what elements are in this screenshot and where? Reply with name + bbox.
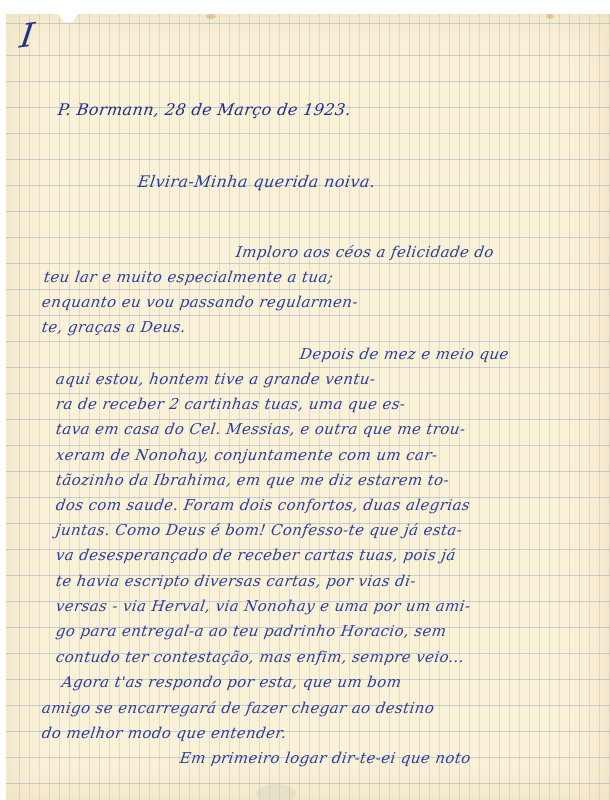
letter-line: amigo se encarregará de fazer chegar ao …: [41, 699, 436, 717]
letter-line: tãozinho da Ibrahima, em que me diz esta…: [55, 471, 451, 489]
letter-line: xeram de Nonohay, conjuntamente com um c…: [55, 446, 439, 464]
letter-line: te, graças a Deus.: [41, 318, 187, 336]
letter-line: go para entregal-a ao teu padrinho Horac…: [55, 622, 448, 640]
letter-line: ra de receber 2 cartinhas tuas, uma que …: [55, 395, 407, 413]
letter-line: dos com saude. Foram dois confortos, dua…: [55, 496, 472, 514]
letter-line: versas - via Herval, via Nonohay e uma p…: [55, 597, 472, 615]
salutation: Elvira-Minha querida noiva.: [137, 172, 377, 191]
letter-line: Em primeiro logar dir-te-ei que noto: [179, 749, 472, 767]
letter-line: aqui estou, hontem tive a grande ventu-: [55, 370, 377, 388]
paper-stain: [206, 14, 216, 19]
letter-line: Agora t'as respondo por esta, que um bom: [61, 673, 403, 691]
place-date-heading: P. Bormann, 28 de Março de 1923.: [57, 100, 353, 119]
letter-line: enquanto eu vou passando regularmen-: [41, 293, 359, 311]
letter-line: tava em casa do Cel. Messias, e outra qu…: [55, 420, 467, 438]
letter-line: Depois de mez e meio que: [299, 345, 510, 363]
letter-line: contudo ter contestação, mas enfim, semp…: [55, 648, 466, 666]
letter-line: teu lar e muito especialmente a tua;: [43, 268, 335, 286]
letter-line: Imploro aos céos a felicidade do: [235, 243, 495, 261]
paper-stain: [546, 14, 554, 19]
letter-line: te havia escripto diversas cartas, por v…: [55, 572, 417, 590]
letter-line: do melhor modo que entender.: [41, 724, 288, 742]
letter-line: va desesperançado de receber cartas tuas…: [55, 546, 457, 564]
letter-line: juntas. Como Deus é bom! Confesso-te que…: [55, 521, 464, 539]
paper-stain: [256, 784, 296, 800]
